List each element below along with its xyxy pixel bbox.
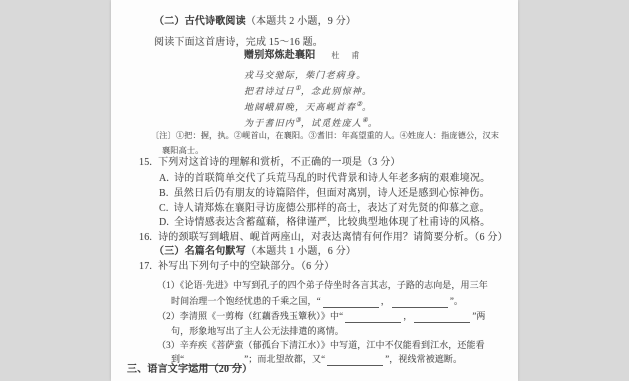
item-3-text: ”，视线常被遮断。 [385, 354, 462, 364]
question-17-stem: 17.补写出下列句子中的空缺部分。（6 分） [139, 260, 334, 274]
section-heading-language-points: （20 分） [209, 364, 253, 375]
question-15-text: 下列对这首诗的理解和赏析，不正确的一项是（3 分） [158, 157, 401, 168]
question-15-option-b: B.虽然日后仍有朋友的诗篇陪伴，但面对离别，诗人还是感到心惊神伤。 [159, 187, 490, 201]
question-16-stem: 16.诗的颈联写到峨眉、岘首两座山，对表达离情有何作用？请简要分析。（6 分） [139, 231, 508, 245]
item-2-text: ”两 [472, 311, 485, 321]
option-a-text: 诗的首联简单交代了兵荒马乱的时代背景和诗人年老多病的艰难境况。 [174, 173, 490, 184]
poem-line-2-text: 把君诗过日 [244, 86, 295, 96]
question-17-text: 补写出下列句子中的空缺部分。（6 分） [158, 261, 334, 272]
item-1-text: ， [381, 296, 390, 306]
question-16-text: 诗的颈联写到峨眉、岘首两座山，对表达离情有何作用？请简要分析。（6 分） [158, 232, 508, 243]
poem-line-3-text: 。 [362, 102, 372, 112]
option-d-text: 全诗情感表达含蓄蕴藉，格律谨严，比较典型地体现了杜甫诗的风格。 [174, 217, 490, 228]
poem-line-4: 为于耆旧内③，试觅姓庞人④。 [244, 114, 378, 130]
answer-blank [327, 355, 383, 366]
item-2-text: ， [403, 311, 412, 321]
question-15-number: 15. [139, 156, 152, 170]
poem-author: 杜 甫 [331, 51, 361, 60]
poem-line-3: 地阔峨眉晚，天高岘首春②。 [244, 98, 372, 114]
answer-blank [345, 312, 401, 323]
section-heading-poetry-title: （二）古代诗歌阅读 [154, 16, 246, 27]
poem-line-1: 戎马交驰际，柴门老病身。 [244, 66, 366, 82]
reading-instruction: 阅读下面这首唐诗，完成 15～16 题。 [154, 36, 323, 50]
option-d-label: D. [159, 216, 169, 230]
answer-blank [323, 297, 379, 308]
note-label: 〔注〕 [151, 131, 176, 140]
question-17-number: 17. [139, 260, 152, 274]
section-heading-poetry-points: （本题共 2 小题，9 分） [246, 16, 356, 27]
section-heading-dictation: （三）名篇名句默写（本题共 1 小题，6 分） [154, 245, 356, 259]
option-c-text: 诗人请郑炼在襄阳寻访庞德公那样的高士，表达了对先贤的仰慕之意。 [174, 203, 490, 214]
question-17-item-3-line-1: （3）辛弃疾《菩萨蛮（郁孤台下清江水）》中写道，江中不仅能看到江水，还能看 [157, 338, 485, 352]
poem-line-3-text: 地阔峨眉晚，天高岘首春 [244, 102, 356, 112]
question-17-item-1-line-2: 时间治理一个饱经忧患的千乘之国，“，”。 [171, 294, 463, 308]
item-2-text: （2）李清照《一剪梅（红藕香残玉簟秋）》中“ [157, 311, 343, 321]
item-1-text: ”。 [450, 296, 463, 306]
poem-line-2-text: ，念此别惊神。 [301, 86, 372, 96]
option-a-label: A. [159, 172, 169, 186]
question-17-item-2-line-2: 句，形象地写出了主人公无法排遣的离情。 [171, 324, 344, 338]
question-15-stem: 15.下列对这首诗的理解和赏析，不正确的一项是（3 分） [139, 156, 401, 170]
question-15-option-d: D.全诗情感表达含蓄蕴藉，格律谨严，比较典型地体现了杜甫诗的风格。 [159, 216, 490, 230]
option-b-label: B. [159, 187, 169, 201]
poem-line-1-text: 戎马交驰际，柴门老病身。 [244, 70, 366, 80]
section-heading-language-use: 三、语言文字运用（20 分） [127, 363, 252, 377]
question-17-item-2-line-1: （2）李清照《一剪梅（红藕香残玉簟秋）》中“，”两 [157, 309, 486, 323]
poem-title: 赠别郑炼赴襄阳 [244, 50, 315, 61]
item-3-text: ”；而北望故都，又“ [244, 354, 325, 364]
question-15-option-a: A.诗的首联简单交代了兵荒马乱的时代背景和诗人年老多病的艰难境况。 [159, 172, 490, 186]
section-heading-dictation-points: （本题共 1 小题，6 分） [246, 246, 356, 257]
question-16-number: 16. [139, 231, 152, 245]
poem-line-4-text: 。 [368, 118, 378, 128]
question-15-option-c: C.诗人请郑炼在襄阳寻访庞德公那样的高士，表达了对先贤的仰慕之意。 [159, 202, 490, 216]
poem-title-line: 赠别郑炼赴襄阳杜 甫 [244, 49, 361, 63]
question-17-item-1-line-1: （1）《论语·先进》中写到孔子的四个弟子侍坐时各言其志，子路的志向是，用三年 [157, 278, 488, 292]
section-heading-dictation-title: （三）名篇名句默写 [154, 246, 246, 257]
poem-line-4-text: 为于耆旧内 [244, 118, 295, 128]
note-text: ①把：握，执。②岘首山，在襄阳。③耆旧：年高望重的人。④姓庞人：指庞德公，汉末 [176, 131, 499, 140]
option-b-text: 虽然日后仍有朋友的诗篇陪伴，但面对离别，诗人还是感到心惊神伤。 [174, 188, 490, 199]
exam-paper-page: （二）古代诗歌阅读（本题共 2 小题，9 分） 阅读下面这首唐诗，完成 15～1… [111, 0, 518, 381]
section-heading-poetry: （二）古代诗歌阅读（本题共 2 小题，9 分） [154, 15, 356, 29]
section-heading-language-title: 三、语言文字运用 [127, 364, 209, 375]
answer-blank [414, 312, 470, 323]
item-1-text: 时间治理一个饱经忧患的千乘之国，“ [171, 296, 321, 306]
poem-line-2: 把君诗过日①，念此别惊神。 [244, 82, 372, 98]
poem-line-4-text: ，试觅姓庞人 [301, 118, 362, 128]
option-c-label: C. [159, 202, 169, 216]
poem-note-line-1: 〔注〕①把：握，执。②岘首山，在襄阳。③耆旧：年高望重的人。④姓庞人：指庞德公，… [151, 129, 499, 143]
answer-blank [392, 297, 448, 308]
